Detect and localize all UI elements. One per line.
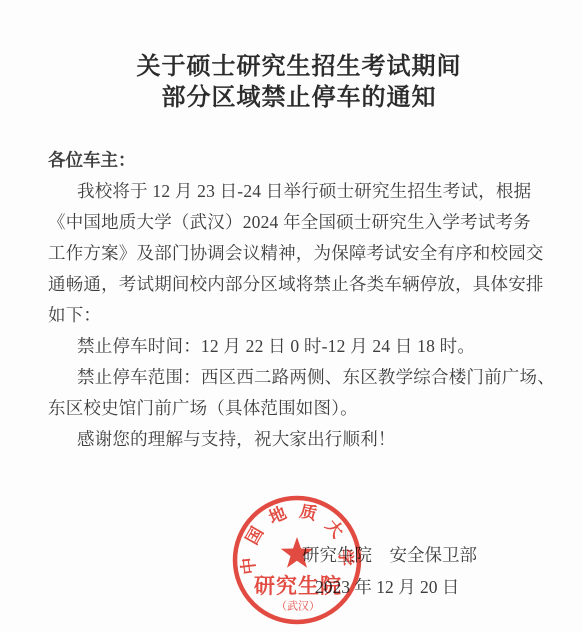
- salutation: 各位车主：: [48, 145, 490, 176]
- body-line: 禁止停车范围：西区西二路两侧、东区教学综合楼门前广场、: [48, 362, 490, 393]
- seal-arc-char: 学: [336, 548, 357, 566]
- seal-branch-name: （武汉）: [276, 599, 320, 613]
- seal-org-name: 研究生院: [254, 574, 342, 598]
- body-line: 东区校史馆门前广场（具体范围如图）。: [48, 393, 490, 424]
- seal-arc-char: 中: [237, 556, 259, 575]
- body-line: 如下：: [48, 300, 490, 331]
- notice-title: 关于硕士研究生招生考试期间 部分区域禁止停车的通知: [16, 52, 582, 114]
- seal-arc-char: 质: [298, 501, 319, 524]
- body-line: 我校将于 12 月 23 日-24 日举行硕士研究生招生考试，根据: [48, 176, 490, 207]
- notice-document-page: 关于硕士研究生招生考试期间 部分区域禁止停车的通知 各位车主： 我校将于 12 …: [0, 0, 582, 632]
- body-line: 《中国地质大学（武汉）2024 年全国硕士研究生入学考试考务: [48, 207, 490, 238]
- body-lines: 我校将于 12 月 23 日-24 日举行硕士研究生招生考试，根据《中国地质大学…: [48, 176, 490, 455]
- notice-body: 各位车主： 我校将于 12 月 23 日-24 日举行硕士研究生招生考试，根据《…: [48, 145, 490, 455]
- body-line: 通畅通，考试期间校内部分区域将禁止各类车辆停放，具体安排: [48, 269, 490, 300]
- official-seal: 中国地质大学 研究生院 （武汉）: [231, 494, 367, 630]
- body-line: 禁止停车时间：12 月 22 日 0 时-12 月 24 日 18 时。: [48, 331, 490, 362]
- notice-title-line-2: 部分区域禁止停车的通知: [16, 83, 582, 114]
- body-line: 感谢您的理解与支持，祝大家出行顺利！: [48, 424, 490, 455]
- notice-title-line-1: 关于硕士研究生招生考试期间: [16, 52, 582, 83]
- red-star-icon: [281, 537, 313, 568]
- body-line: 工作方案》及部门协调会议精神，为保障考试安全有序和校园交: [48, 238, 490, 269]
